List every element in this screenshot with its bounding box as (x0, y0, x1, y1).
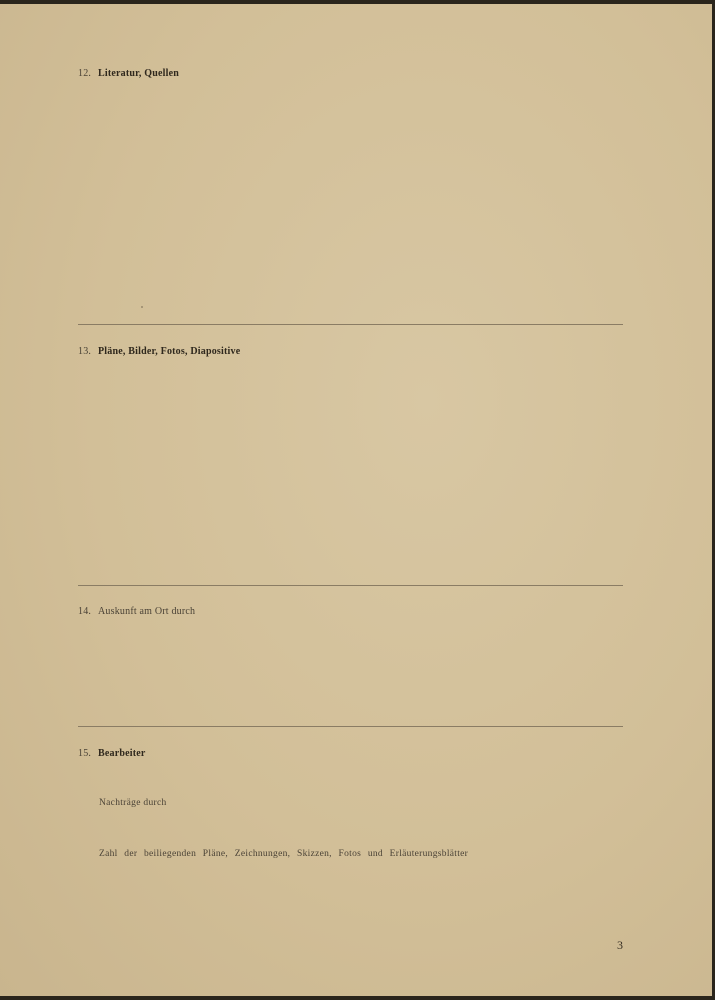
section-number: 12. (78, 68, 98, 79)
section-12-heading: 12.Literatur, Quellen (78, 68, 179, 79)
document-page: 12.Literatur, Quellen 13.Pläne, Bilder, … (0, 4, 712, 996)
section-number: 13. (78, 346, 98, 357)
section-number: 15. (78, 748, 98, 759)
section-divider (78, 726, 623, 727)
section-13-heading: 13.Pläne, Bilder, Fotos, Diapositive (78, 346, 240, 357)
section-number: 14. (78, 606, 98, 617)
nachtraege-label: Nachträge durch (99, 798, 167, 808)
section-divider (78, 585, 623, 586)
page-number: 3 (617, 938, 623, 953)
section-divider (78, 324, 623, 325)
section-title: Bearbeiter (98, 748, 146, 759)
section-title: Literatur, Quellen (98, 68, 179, 79)
attachments-count-label: Zahl der beiliegenden Pläne, Zeichnungen… (99, 849, 468, 859)
section-title: Pläne, Bilder, Fotos, Diapositive (98, 346, 240, 357)
paper-speck (141, 306, 143, 308)
section-15-heading: 15.Bearbeiter (78, 748, 146, 759)
section-14-heading: 14.Auskunft am Ort durch (78, 606, 195, 617)
section-title: Auskunft am Ort durch (98, 606, 195, 617)
